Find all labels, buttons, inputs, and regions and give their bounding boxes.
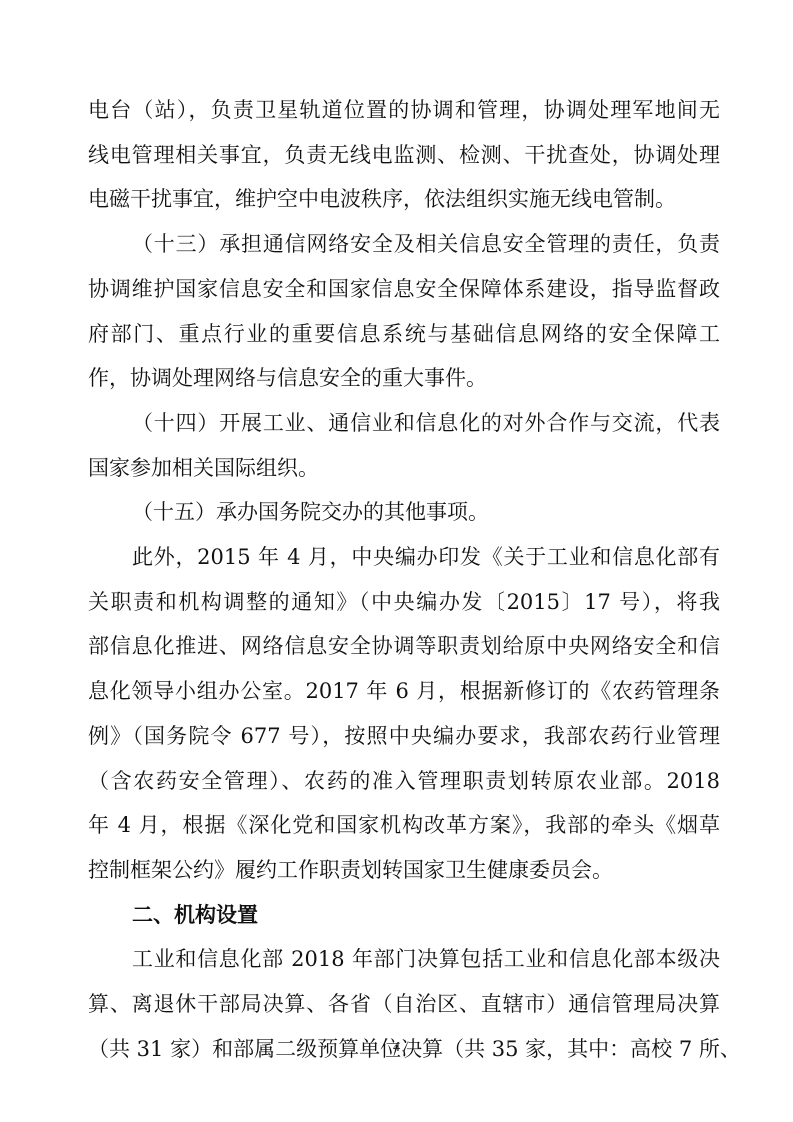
paragraph-line: 关职责和机构调整的通知》（中央编办发〔2015〕17 号），将我 [88,580,720,624]
paragraph-line: 作，协调处理网络与信息安全的重大事件。 [88,356,720,400]
paragraph-line: 国家参加相关国际组织。 [88,446,720,490]
paragraph-line: 此外，2015 年 4 月，中央编办印发《关于工业和信息化部有 [132,535,720,579]
paragraph-line: （含农药安全管理）、农药的准入管理职责划转原农业部。2018 [88,759,720,803]
paragraph-line: 府部门、重点行业的重要信息系统与基础信息网络的安全保障工 [88,312,720,356]
paragraph-line: 工业和信息化部 2018 年部门决算包括工业和信息化部本级决 [132,937,720,981]
section-heading: 二、机构设置 [132,893,720,937]
paragraph-line: 电磁干扰事宜，维护空中电波秩序，依法组织实施无线电管制。 [88,177,720,221]
paragraph-line: 息化领导小组办公室。2017 年 6 月，根据新修订的《农药管理条 [88,669,720,713]
paragraph-line: 协调维护国家信息安全和国家信息安全保障体系建设，指导监督政 [88,267,720,311]
paragraph-line: （十五）承办国务院交办的其他事项。 [132,490,720,534]
paragraph-line: 例》（国务院令 677 号），按照中央编办要求，我部农药行业管理 [88,714,720,758]
paragraph-line: 部信息化推进、网络信息安全协调等职责划给原中央网络安全和信 [88,624,720,668]
paragraph-line: （十四）开展工业、通信业和信息化的对外合作与交流，代表 [132,401,720,445]
paragraph-line: 算、离退休干部局决算、各省（自治区、直辖市）通信管理局决算 [88,982,720,1026]
paragraph-line: 电台（站），负责卫星轨道位置的协调和管理，协调处理军地间无 [88,88,720,132]
paragraph-line: 控制框架公约》履约工作职责划转国家卫生健康委员会。 [88,848,720,892]
paragraph-line: （十三）承担通信网络安全及相关信息安全管理的责任，负责 [132,222,720,266]
page-number: 4 [0,1040,793,1056]
paragraph-line: 年 4 月，根据《深化党和国家机构改革方案》，我部的牵头《烟草 [88,803,720,847]
paragraph-line: 线电管理相关事宜，负责无线电监测、检测、干扰查处，协调处理 [88,133,720,177]
